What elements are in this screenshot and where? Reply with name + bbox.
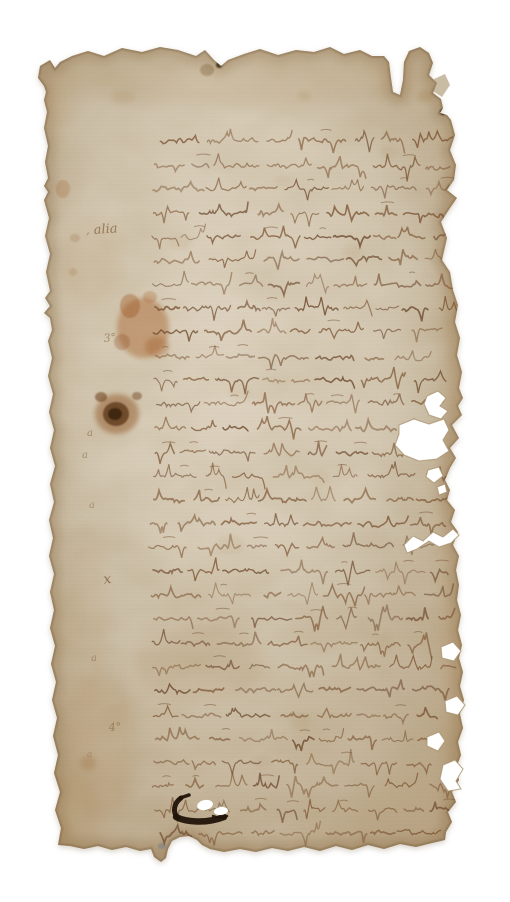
margin-note-note-4: 4°	[107, 720, 121, 734]
torn-hole-1	[395, 419, 449, 461]
margin-note-mark-a-2: a	[82, 450, 88, 461]
stain-spot	[417, 90, 433, 102]
manuscript-photo-canvas: ,alia3°aaaxa4°a	[0, 0, 510, 902]
margin-note-note-3: 3°	[103, 331, 117, 345]
stain-spot	[108, 408, 122, 420]
stain-spot	[143, 291, 157, 303]
stain-spot	[342, 244, 362, 260]
stain-spot	[200, 64, 214, 76]
stain-spot	[95, 392, 107, 402]
stain-spot	[297, 91, 311, 101]
margin-note-mark-a-5: a	[87, 750, 92, 760]
margin-note-mark-a-1: a	[87, 428, 93, 439]
margin-note-mark-a-3: a	[89, 500, 95, 511]
margin-note-mark-a-4: a	[91, 653, 97, 664]
margin-note-note-alia: alia	[93, 221, 118, 238]
manuscript-photograph: ,alia3°aaaxa4°a	[0, 0, 510, 902]
stain-spot	[168, 234, 192, 250]
stain-spot	[112, 91, 136, 103]
stain-spot	[62, 150, 78, 750]
stain-spot	[252, 755, 272, 769]
margin-note-note-comma: ,	[86, 223, 90, 237]
stain-spot	[120, 294, 140, 318]
stain-spot	[132, 392, 142, 400]
